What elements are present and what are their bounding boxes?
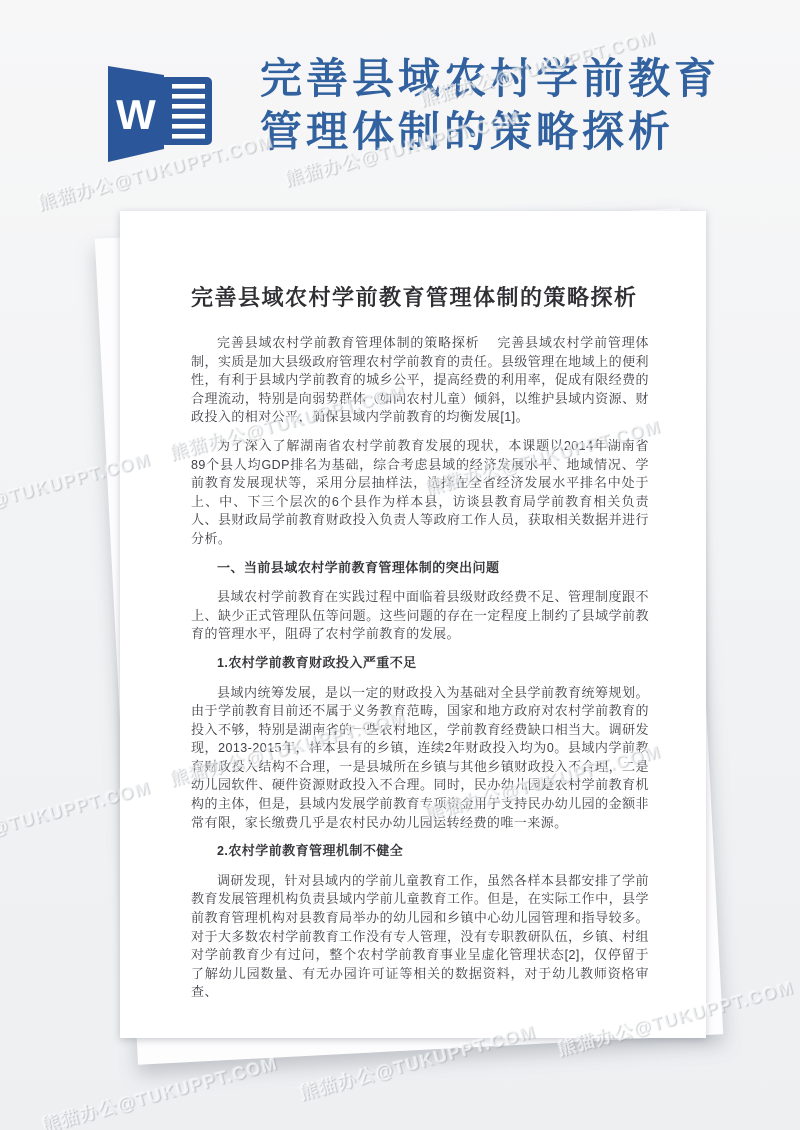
document-content: 完善县域农村学前教育管理体制的策略探析 完善县域农村学前教育管理体制的策略探析 …	[191, 283, 649, 1012]
document-body: 完善县域农村学前教育管理体制的策略探析 完善县域农村学前管理体制，实质是加大县级…	[191, 334, 649, 1002]
section-heading: 一、当前县域农村学前教育管理体制的突出问题	[191, 559, 649, 578]
page-title: 完善县域农村学前教育管理体制的策略探析	[260, 54, 752, 160]
word-file-icon: W	[106, 64, 216, 164]
paragraph: 县域农村学前教育在实践过程中面临着县级财政经费不足、管理制度跟不上、缺少正式管理…	[191, 588, 649, 644]
paragraph: 为了深入了解湖南省农村学前教育发展的现状，本课题以2014年湖南省89个县人均G…	[191, 437, 649, 549]
paper-sheet: 完善县域农村学前教育管理体制的策略探析 完善县域农村学前教育管理体制的策略探析 …	[120, 211, 706, 1038]
section-heading: 1.农村学前教育财政投入严重不足	[191, 654, 649, 673]
word-letter: W	[116, 91, 156, 138]
section-heading: 2.农村学前教育管理机制不健全	[191, 842, 649, 861]
document-title: 完善县域农村学前教育管理体制的策略探析	[191, 283, 649, 313]
paragraph: 县域内统筹发展，是以一定的财政投入为基础对全县学前教育统筹规划。由于学前教育目前…	[191, 684, 649, 833]
paragraph: 调研发现，针对县域内的学前儿童教育工作，虽然各样本县都安排了学前教育发展管理机构…	[191, 872, 649, 1002]
paragraph: 完善县域农村学前教育管理体制的策略探析 完善县域农村学前管理体制，实质是加大县级…	[191, 334, 649, 427]
page-background: 完善县域农村学前教育管理体制的策略探析 完善县域农村学前教育管理体制的策略探析 …	[0, 0, 800, 1130]
header: W 完善县域农村学前教育管理体制的策略探析	[0, 0, 800, 200]
